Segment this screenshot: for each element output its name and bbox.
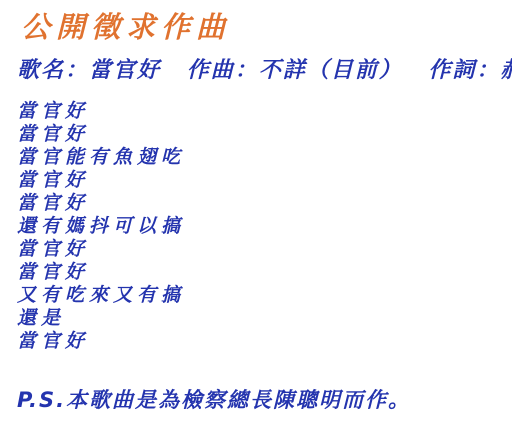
lyric-line: 當官好 [17, 330, 185, 353]
page-title: 公開徵求作曲 [21, 5, 231, 46]
postscript-note: P.S.本歌曲是為檢察總長陳聰明而作。 [17, 384, 411, 414]
lyric-line: 當官好 [17, 169, 185, 192]
lyric-line: 當官好 [17, 100, 185, 123]
lyric-line: 當官能有魚翅吃 [17, 146, 185, 169]
lyric-line: 當官好 [17, 238, 185, 261]
lyric-line: 當官好 [17, 123, 185, 146]
lyric-line: 還有媽抖可以搞 [17, 215, 185, 238]
lyric-line: 又有吃來又有搞 [17, 284, 185, 307]
lyricist-label: 作詞：郝屌 [428, 58, 512, 83]
lyric-line: 當官好 [17, 192, 185, 215]
lyrics-block: 當官好 當官好 當官能有魚翅吃 當官好 當官好 還有媽抖可以搞 當官好 當官好 … [17, 100, 185, 353]
lyric-line: 當官好 [17, 261, 185, 284]
composer-label: 作曲：不詳（目前） [187, 58, 403, 83]
song-info-line: 歌名：當官好 作曲：不詳（目前） 作詞：郝屌 [17, 53, 512, 84]
lyric-line: 還是 [17, 307, 185, 330]
lyrics-page: 公開徵求作曲 歌名：當官好 作曲：不詳（目前） 作詞：郝屌 當官好 當官好 當官… [0, 0, 512, 432]
song-name-label: 歌名：當官好 [17, 58, 161, 83]
